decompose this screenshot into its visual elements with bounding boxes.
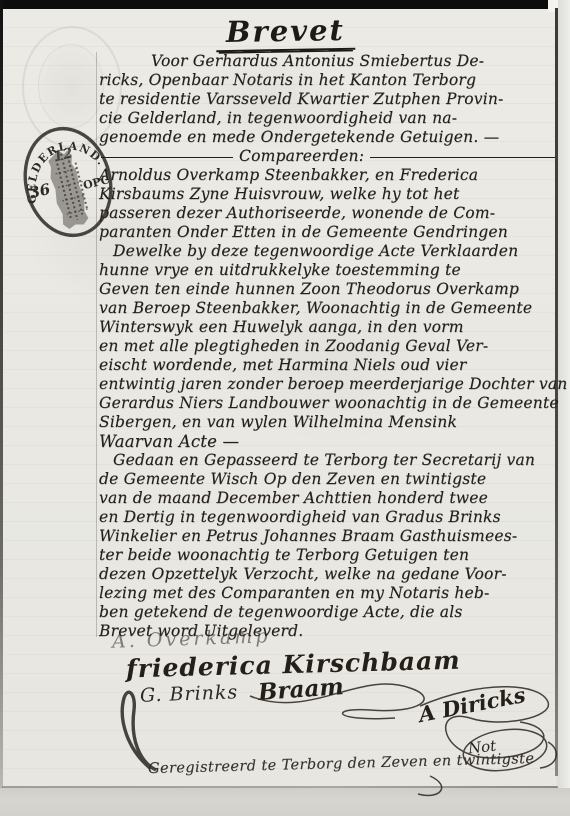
- text-line: Kirsbaums Zyne Huisvrouw, welke hy tot h…: [99, 185, 557, 204]
- photo-edge-left: [0, 0, 3, 790]
- text-line: ben getekend de tegenwoordige Acte, die …: [99, 603, 557, 622]
- rule-dash: [370, 157, 555, 158]
- text-line: cie Gelderland, in tegenwoordigheid van …: [99, 109, 557, 128]
- text-line: Winterswyk een Huwelyk aanga, in den vor…: [99, 318, 557, 337]
- text-line: paranten Onder Etten in de Gemeente Gend…: [99, 223, 557, 242]
- waarvan-acte-line: Waarvan Acte —: [99, 432, 557, 451]
- text-line: ter beide woonachtig te Terborg Getuigen…: [99, 546, 557, 565]
- body-text: Voor Gerhardus Antonius Smiebertus De- r…: [99, 52, 557, 641]
- rule-dash: [101, 157, 233, 158]
- text-line: entwintig jaren zonder beroep meerderjar…: [99, 375, 557, 394]
- title-text: Brevet: [215, 13, 355, 52]
- text-line: en Dertig in tegenwoordigheid van Gradus…: [99, 508, 557, 527]
- document-scan: GELDERLAND. 12 36 OPC Brevet Voor Gerhar…: [0, 0, 570, 816]
- compareerden-row: Compareerden:: [99, 147, 557, 166]
- text-line: Winkelier en Petrus Johannes Braam Gasth…: [99, 527, 557, 546]
- text-line: van de maand December Achttien honderd t…: [99, 489, 557, 508]
- text-line: genoemde en mede Ondergetekende Getuigen…: [99, 128, 557, 147]
- text-line: hunne vrye en uitdrukkelyke toestemming …: [99, 261, 557, 280]
- stamp-left-number: 36: [27, 180, 52, 203]
- text-line: te residentie Varsseveld Kwartier Zutphe…: [99, 90, 557, 109]
- text-line: eischt wordende, met Harmina Niels oud v…: [99, 356, 557, 375]
- text-line: de Gemeente Wisch Op den Zeven en twinti…: [99, 470, 557, 489]
- text-line: Dewelke by deze tegenwoordige Acte Verkl…: [99, 242, 557, 261]
- background-bottom: [0, 788, 570, 816]
- text-line: Sibergen, en van wylen Wilhelmina Mensin…: [99, 413, 557, 432]
- text-line: Geven ten einde hunnen Zoon Theodorus Ov…: [99, 280, 557, 299]
- text-line: Gedaan en Gepasseerd te Terborg ter Secr…: [99, 451, 557, 470]
- text-line: dezen Opzettelyk Verzocht, welke na geda…: [99, 565, 557, 584]
- text-line: Arnoldus Overkamp Steenbakker, en Freder…: [99, 166, 557, 185]
- text-line: en met alle plegtigheden in Zoodanig Gev…: [99, 337, 557, 356]
- text-line: van Beroep Steenbakker, Woonachtig in de…: [99, 299, 557, 318]
- compareerden-label: Compareerden:: [239, 147, 364, 166]
- margin-rule: [96, 52, 97, 637]
- text-line: Gerardus Niers Landbouwer woonachtig in …: [99, 394, 557, 413]
- text-line: lezing met des Comparanten en my Notaris…: [99, 584, 557, 603]
- background-strip-right: [558, 0, 570, 816]
- signature-brinks: G. Brinks: [140, 681, 239, 706]
- text-line: passeren dezer Authoriseerde, wonende de…: [99, 204, 557, 223]
- photo-edge-top: [0, 0, 548, 9]
- document-title: Brevet: [0, 14, 570, 51]
- text-line: ricks, Openbaar Notaris in het Kanton Te…: [99, 71, 557, 90]
- text-line: Voor Gerhardus Antonius Smiebertus De-: [99, 52, 557, 71]
